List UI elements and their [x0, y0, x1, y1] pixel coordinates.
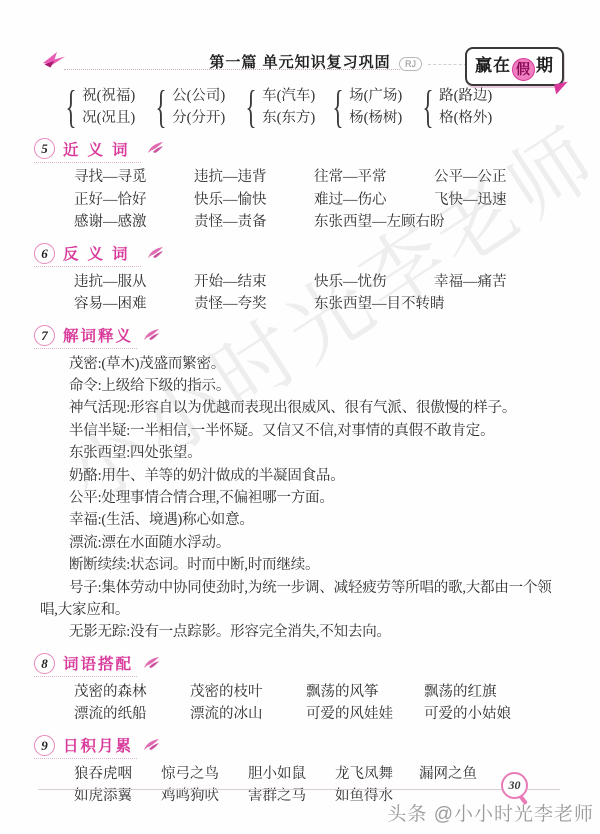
definitions-list: 茂密:(草木)茂盛而繁密。 命令:上级给下级的指示。 神气活现:形容自以为优越而…	[40, 353, 568, 644]
word-pair: 往常—平常	[314, 166, 434, 189]
brace-glyph: {	[66, 85, 77, 129]
phrase: 漂流的纸船	[74, 703, 190, 726]
definition-item: 公平:处理事情合情合理,不偏袒哪一方面。	[40, 487, 568, 509]
character-group: { 场(广场)杨(杨树)	[327, 85, 417, 129]
brace-glyph: {	[246, 85, 257, 129]
leaf-icon	[143, 656, 160, 674]
definition-item: 茂密:(草木)茂盛而繁密。	[40, 353, 568, 375]
collocations-grid: 茂密的森林 茂密的枝叶 飘荡的风筝 飘荡的红旗 漂流的纸船 漂流的冰山 可爱的风…	[74, 681, 568, 726]
group-bottom: 况(况且)	[82, 110, 135, 126]
section-header-antonyms: 6 反义词	[34, 243, 568, 267]
definition-item: 东张西望:四处张望。	[40, 442, 568, 464]
definition-item: 半信半疑:一半相信,一半怀疑。又信又不信,对事情的真假不敢肯定。	[40, 420, 568, 442]
character-group: { 祝(祝福)况(况且)	[60, 85, 150, 129]
word-pair: 正好—恰好	[74, 189, 194, 212]
word-pair: 飞快—迅速	[434, 189, 554, 212]
antonyms-grid: 违抗—服从 开始—结束 快乐—忧伤 幸福—痛苦 容易—困难 责怪—夸奖 东张西望…	[74, 271, 568, 316]
group-bottom: 分(分开)	[172, 110, 225, 126]
idiom: 漏网之鱼	[419, 763, 506, 786]
idiom: 狼吞虎咽	[74, 763, 161, 786]
phrase: 茂密的枝叶	[190, 681, 306, 704]
phrase: 漂流的冰山	[190, 703, 306, 726]
character-group: { 路(路边)格(格外)	[417, 85, 507, 129]
phrase: 可爱的小姑娘	[424, 703, 542, 726]
group-top: 祝(祝福)	[82, 88, 135, 104]
word-pair: 责怪—夸奖	[194, 293, 314, 316]
section-title: 近义词	[63, 138, 137, 160]
section-header-definitions: 7 解词释义	[34, 325, 568, 349]
section-header-accumulation: 9 日积月累	[34, 735, 568, 759]
idiom: 惊弓之鸟	[161, 763, 248, 786]
group-bottom: 格(格外)	[439, 110, 492, 126]
group-bottom: 东(东方)	[262, 110, 315, 126]
definition-item: 号子:集体劳动中协同使劲时,为统一步调、减轻疲劳等所唱的歌,大都由一个领唱,大家…	[40, 577, 568, 622]
section-number-badge: 7	[34, 325, 55, 346]
definition-item: 神气活现:形容自以为优越而表现出很威风、很有气派、很傲慢的样子。	[40, 397, 568, 419]
group-bottom: 杨(杨树)	[349, 110, 402, 126]
character-group: { 公(公司)分(分开)	[150, 85, 240, 129]
section-header-collocations: 8 词语搭配	[34, 653, 568, 677]
edition-badge: RJ	[399, 57, 422, 71]
leaf-icon	[147, 141, 164, 159]
word-pair: 快乐—愉快	[194, 189, 314, 212]
phrase: 飘荡的风筝	[306, 681, 424, 704]
character-group: { 车(汽车)东(东方)	[240, 85, 327, 129]
logo-text-post: 期	[536, 56, 554, 75]
leaf-icon	[143, 738, 160, 756]
word-pair: 违抗—服从	[74, 271, 194, 294]
brace-glyph: {	[156, 85, 167, 129]
word-pair: 感谢—感激	[74, 211, 194, 234]
word-pair: 违抗—违背	[194, 166, 314, 189]
group-top: 车(汽车)	[262, 88, 315, 104]
idiom: 龙飞凤舞	[335, 763, 419, 786]
definition-item: 断断续续:状态词。时而中断,时而继续。	[40, 554, 568, 576]
section-title: 日积月累	[63, 734, 133, 756]
character-groups: { 祝(祝福)况(况且) { 公(公司)分(分开) { 车(汽车)东(东方) {…	[60, 85, 568, 129]
word-pair: 开始—结束	[194, 271, 314, 294]
word-pair: 东张西望—目不转睛	[314, 293, 554, 316]
brace-glyph: {	[423, 85, 434, 129]
section-number-badge: 8	[34, 653, 55, 674]
definition-item: 幸福:(生活、境遇)称心如意。	[40, 509, 568, 531]
section-number-badge: 5	[34, 138, 55, 159]
brace-glyph: {	[333, 85, 344, 129]
section-title: 反义词	[63, 242, 137, 264]
section-header-synonyms: 5 近义词	[34, 138, 568, 162]
definition-item: 漂流:漂在水面随水浮动。	[40, 532, 568, 554]
word-pair: 公平—公正	[434, 166, 554, 189]
phrase: 飘荡的红旗	[424, 681, 542, 704]
word-pair: 责怪—责备	[194, 211, 314, 234]
idiom: 胆小如鼠	[248, 763, 335, 786]
word-pair: 幸福—痛苦	[434, 271, 554, 294]
page-content: { 祝(祝福)况(况且) { 公(公司)分(分开) { 车(汽车)东(东方) {…	[40, 78, 568, 808]
credit-watermark: 头条 @小小时光李老师	[387, 799, 594, 826]
section-number-badge: 6	[34, 243, 55, 264]
definition-item: 无影无踪:没有一点踪影。形容完全消失,不知去向。	[40, 621, 568, 643]
word-pair: 难过—伤心	[314, 189, 434, 212]
phrase: 茂密的森林	[74, 681, 190, 704]
definition-item: 命令:上级给下级的指示。	[40, 375, 568, 397]
leaf-icon	[147, 246, 164, 264]
synonyms-grid: 寻找—寻觅 违抗—违背 往常—平常 公平—公正 正好—恰好 快乐—愉快 难过—伤…	[74, 166, 568, 234]
group-top: 公(公司)	[172, 88, 225, 104]
phrase: 可爱的风娃娃	[306, 703, 424, 726]
group-top: 场(广场)	[349, 88, 402, 104]
logo-text-pre: 赢在	[475, 56, 511, 75]
definition-item: 奶酪:用牛、羊等的奶汁做成的半凝固食品。	[40, 465, 568, 487]
word-pair: 寻找—寻觅	[74, 166, 194, 189]
page-number-badge: 30	[501, 772, 528, 799]
leaf-icon	[143, 328, 160, 346]
book-page: 小小时光李老师 第一篇 单元知识复习巩固 RJ 赢在假期 { 祝(祝福)况(况且…	[0, 0, 600, 834]
word-pair: 东张西望—左顾右盼	[314, 211, 554, 234]
section-title: 词语搭配	[63, 652, 133, 674]
group-top: 路(路边)	[439, 88, 492, 104]
word-pair: 快乐—忧伤	[314, 271, 434, 294]
section-number-badge: 9	[34, 735, 55, 756]
section-title: 解词释义	[63, 324, 133, 346]
word-pair: 容易—困难	[74, 293, 194, 316]
footer-rule	[38, 789, 560, 790]
